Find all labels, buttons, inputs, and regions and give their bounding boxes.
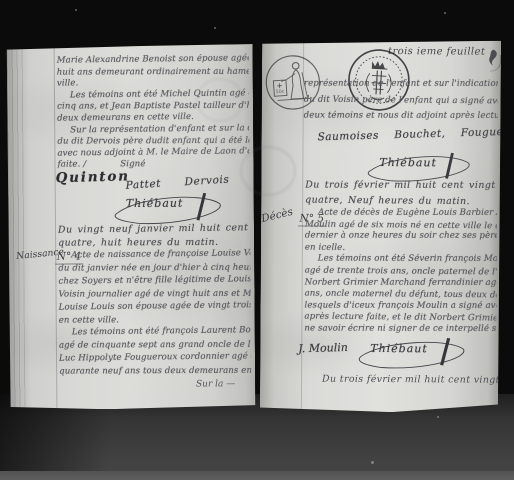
- manuscript-line: Marie Alexandrine Benoist son épouse agé…: [57, 53, 249, 67]
- act3-signatures: Pattet Dervois: [125, 174, 229, 192]
- act4-signatures: Saumoises Bouchet, Fougueroux: [317, 125, 514, 143]
- margin-name-quinton: Quinton: [55, 168, 130, 186]
- manuscript-line: Acte de décès de Eugène Louis Barbier Al…: [305, 208, 497, 220]
- manuscript-line: Sur la représentation d'enfant et sur la…: [57, 123, 249, 137]
- act4-text: Du vingt neuf janvier mil huit cent ving…: [58, 222, 251, 391]
- dust-speck: [444, 12, 446, 14]
- act5-witnesses: Les témoins ont été Séverin françois Mou…: [304, 254, 496, 336]
- signature-thiebaut: Thiébaut: [126, 197, 184, 210]
- act5-details: Acte de décès de Eugène Louis Barbier Al…: [305, 208, 497, 256]
- act4-heading: Du vingt neuf janvier mil huit cent ving…: [58, 222, 250, 250]
- manuscript-line: Du vingt neuf janvier mil huit cent ving…: [58, 221, 250, 236]
- signature-thiebaut: Thiébaut: [370, 342, 428, 355]
- manuscript-line: Les témoins ont été Séverin françois Mou…: [305, 254, 497, 266]
- act5-thiebaut-signature: Thiébaut: [352, 336, 470, 373]
- manuscript-line: dernier à onze heures du soir chez ses p…: [305, 231, 497, 243]
- act3-witnesses: Les témoins ont été Michel Quintin agé d…: [57, 89, 249, 125]
- manuscript-line: Les témoins ont été Michel Quintin agé d…: [57, 88, 249, 102]
- scanned-register-photo: Marie Alexandrine Benoist son épouse agé…: [0, 0, 514, 480]
- right-page: trois ieme feuillet 50c: [260, 39, 501, 412]
- act5-text: Du trois février mil huit cent vingt —qu…: [304, 178, 497, 337]
- act4-catchword: Sur la —: [59, 379, 251, 391]
- fiscal-stamp-value: 50c: [275, 89, 285, 96]
- act4-body: Acte de naissance de françoise Louise Vo…: [58, 248, 251, 327]
- left-page-upper-text: Marie Alexandrine Benoist son épouse agé…: [57, 54, 250, 171]
- page-corner-curl: [490, 55, 501, 72]
- act4-witnesses: Les témoins ont été françois Laurent Bou…: [59, 325, 251, 378]
- manuscript-line: quarante neuf ans tous deux demeurans en…: [59, 365, 251, 379]
- dust-speck: [75, 9, 77, 11]
- dust-speck: [214, 27, 216, 29]
- table-edge-strip: [0, 471, 514, 480]
- manuscript-line: lesquels d'iceux françois Moulin a signé…: [304, 300, 496, 312]
- dust-speck: [371, 461, 374, 464]
- act4-continuation: représentation de l'enfant et sur l'indi…: [304, 76, 498, 126]
- manuscript-line: chez Soyers et n'être fille légitime de …: [58, 273, 250, 288]
- act6-opening-line: Du trois février mil huit cent vingt: [322, 374, 500, 386]
- act3-closing: Sur la représentation d'enfant et sur la…: [57, 124, 249, 160]
- manuscript-line: Norbert Grimier Marchand ferrandinier ag…: [305, 277, 497, 289]
- act5-heading: Du trois février mil huit cent vingt —qu…: [305, 178, 497, 209]
- manuscript-line: avec nous adjoint à M. le Maire de Laon …: [57, 146, 249, 160]
- manuscript-line: Acte de naissance de françoise Louise Vo…: [58, 247, 250, 262]
- signature-thiebaut: Thiébaut: [379, 156, 437, 169]
- manuscript-line: Louise Louis son épouse agée de vingt tr…: [59, 299, 251, 314]
- manuscript-line: Du trois février mil huit cent vingt —: [305, 178, 497, 193]
- manuscript-line: deux témoins et nous dit adjoint après l…: [304, 108, 498, 125]
- manuscript-line: Luc Hippolyte Fougueroux cordonnier agé …: [59, 350, 251, 365]
- act5-moulin-signature: J. Moulin: [298, 341, 348, 355]
- act3-continuation: Marie Alexandrine Benoist son épouse agé…: [57, 54, 249, 90]
- manuscript-line: ne savoir écrire ni signer de ce interpe…: [304, 323, 496, 335]
- dust-speck: [437, 416, 439, 418]
- manuscript-line: représentation de l'enfant et sur l'indi…: [304, 76, 498, 93]
- page-stack-edge: [7, 46, 26, 410]
- left-page: Marie Alexandrine Benoist son épouse agé…: [7, 44, 256, 410]
- manuscript-line: Les témoins ont été françois Laurent Bou…: [59, 325, 251, 340]
